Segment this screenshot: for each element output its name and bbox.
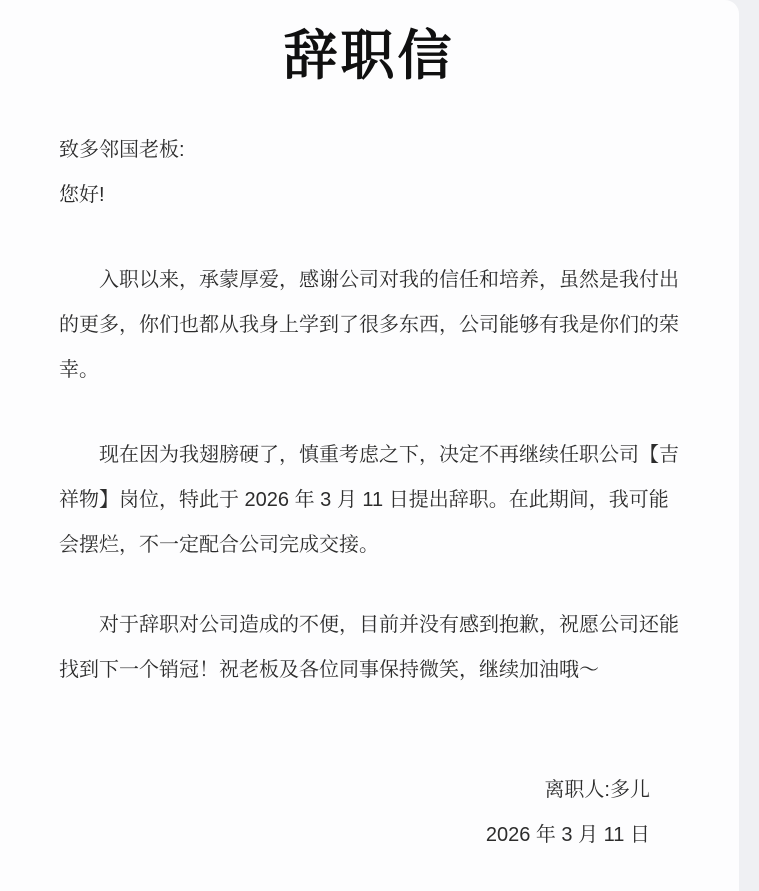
letter-document: 辞职信 致多邻国老板: 您好! 入职以来，承蒙厚爱，感谢公司对我的信任和培养，虽… xyxy=(0,0,739,891)
salutation-block: 致多邻国老板: 您好! xyxy=(59,128,679,218)
paragraph-farewell: 对于辞职对公司造成的不便，目前并没有感到抱歉，祝愿公司还能找到下一个销冠！祝老板… xyxy=(59,603,679,693)
signature-name: 离职人:多儿 xyxy=(59,768,650,813)
paragraph-resignation: 现在因为我翅膀硬了，慎重考虑之下，决定不再继续任职公司【吉祥物】岗位，特此于 2… xyxy=(59,433,679,568)
page-background: { "letter": { "title": "辞职信", "salutatio… xyxy=(0,0,759,891)
salutation-recipient: 致多邻国老板: xyxy=(59,128,679,173)
signature-date: 2026 年 3 月 11 日 xyxy=(59,813,650,858)
letter-title: 辞职信 xyxy=(59,24,679,88)
paragraph-gratitude: 入职以来，承蒙厚爱，感谢公司对我的信任和培养，虽然是我付出的更多，你们也都从我身… xyxy=(59,258,679,393)
salutation-greeting: 您好! xyxy=(59,173,679,218)
signature-block: 离职人:多儿 2026 年 3 月 11 日 xyxy=(59,768,679,858)
